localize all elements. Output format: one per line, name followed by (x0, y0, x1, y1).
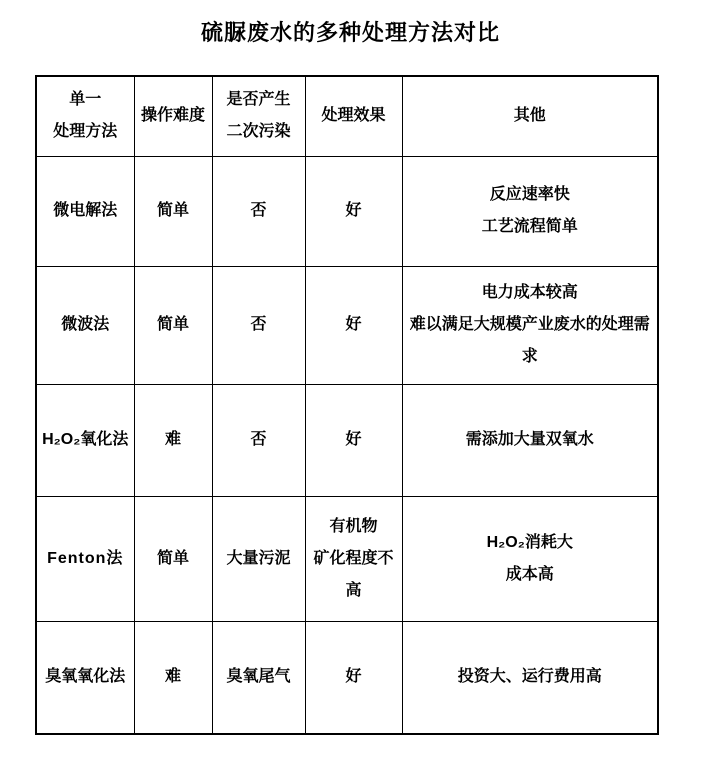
cell-secondary-pollution: 大量污泥 (212, 496, 305, 621)
col-header-method: 单一 处理方法 (36, 76, 134, 156)
cell-effect: 好 (305, 621, 402, 734)
table-header-row: 单一 处理方法 操作难度 是否产生 二次污染 处理效果 其他 (36, 76, 658, 156)
cell-other: 需添加大量双氧水 (402, 384, 658, 496)
cell-effect: 好 (305, 384, 402, 496)
cell-other: 反应速率快 工艺流程简单 (402, 156, 658, 266)
cell-secondary-pollution: 否 (212, 156, 305, 266)
table-row: 微电解法 简单 否 好 反应速率快 工艺流程简单 (36, 156, 658, 266)
cell-difficulty: 难 (134, 384, 212, 496)
cell-method: Fenton法 (36, 496, 134, 621)
cell-method: 微波法 (36, 266, 134, 384)
cell-difficulty: 简单 (134, 266, 212, 384)
cell-secondary-pollution: 臭氧尾气 (212, 621, 305, 734)
cell-effect: 有机物 矿化程度不高 (305, 496, 402, 621)
cell-method: H₂O₂氧化法 (36, 384, 134, 496)
table-row: 微波法 简单 否 好 电力成本较高 难以满足大规模产业废水的处理需求 (36, 266, 658, 384)
cell-difficulty: 难 (134, 621, 212, 734)
table-row: Fenton法 简单 大量污泥 有机物 矿化程度不高 H₂O₂消耗大 成本高 (36, 496, 658, 621)
cell-effect: 好 (305, 156, 402, 266)
col-header-effect: 处理效果 (305, 76, 402, 156)
col-header-secondary-pollution: 是否产生 二次污染 (212, 76, 305, 156)
cell-effect: 好 (305, 266, 402, 384)
col-header-other: 其他 (402, 76, 658, 156)
cell-other: 电力成本较高 难以满足大规模产业废水的处理需求 (402, 266, 658, 384)
table-row: H₂O₂氧化法 难 否 好 需添加大量双氧水 (36, 384, 658, 496)
cell-secondary-pollution: 否 (212, 266, 305, 384)
cell-other: 投资大、运行费用高 (402, 621, 658, 734)
cell-other: H₂O₂消耗大 成本高 (402, 496, 658, 621)
col-header-difficulty: 操作难度 (134, 76, 212, 156)
document-page: 硫脲废水的多种处理方法对比 单一 处理方法 操作难度 是否产生 二次污染 处理效… (0, 0, 701, 780)
table-row: 臭氧氧化法 难 臭氧尾气 好 投资大、运行费用高 (36, 621, 658, 734)
page-title: 硫脲废水的多种处理方法对比 (0, 16, 701, 47)
cell-difficulty: 简单 (134, 496, 212, 621)
treatment-comparison-table: 单一 处理方法 操作难度 是否产生 二次污染 处理效果 其他 微电解法 简单 否… (35, 75, 659, 735)
cell-secondary-pollution: 否 (212, 384, 305, 496)
cell-method: 臭氧氧化法 (36, 621, 134, 734)
cell-method: 微电解法 (36, 156, 134, 266)
cell-difficulty: 简单 (134, 156, 212, 266)
